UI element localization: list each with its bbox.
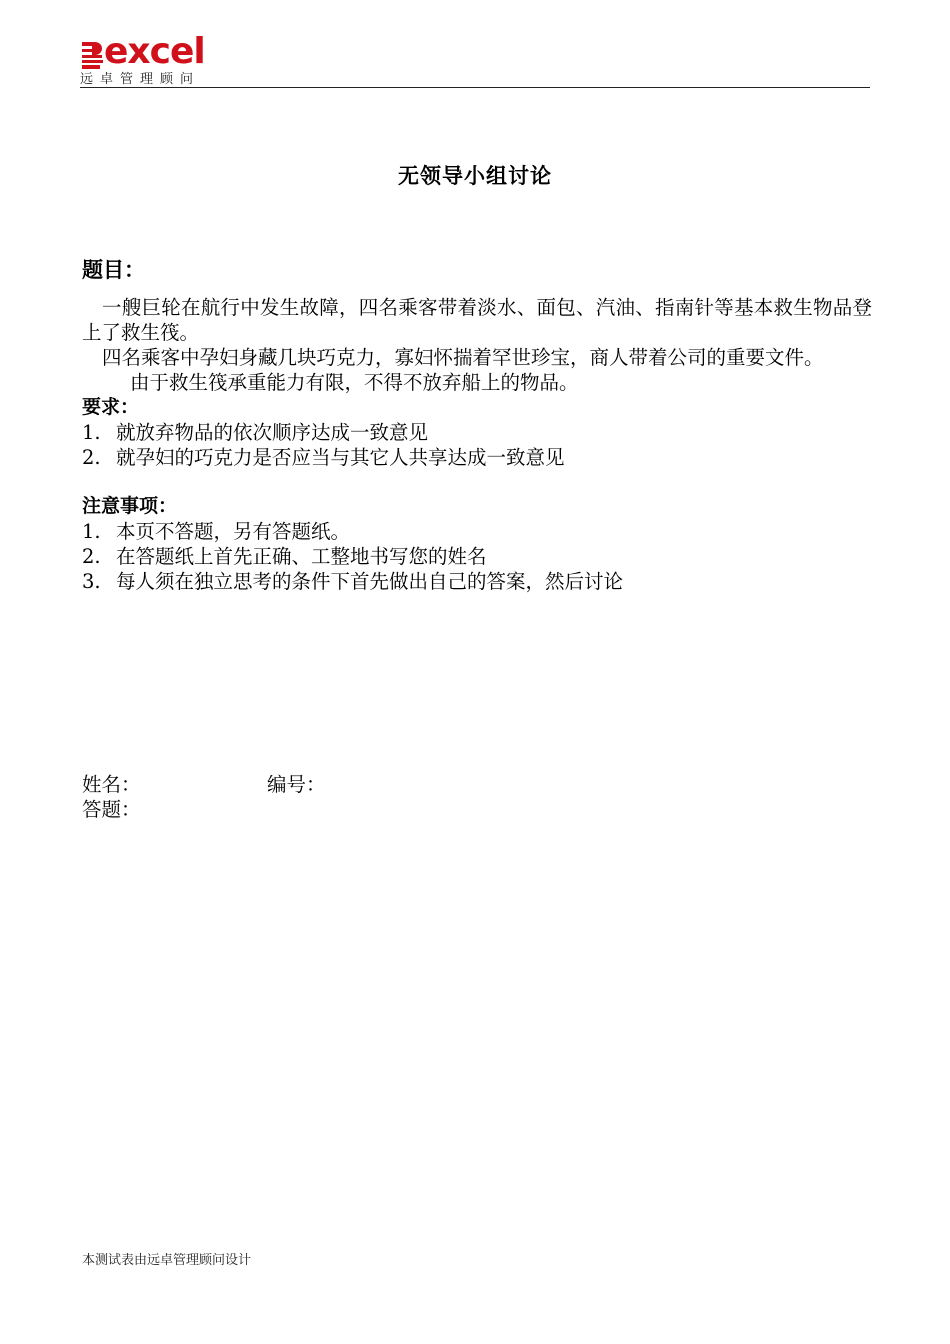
topic-paragraph: 四名乘客中孕妇身藏几块巧克力，寡妇怀揣着罕世珍宝，商人带着公司的重要文件。 [82,345,872,370]
header-divider [80,87,870,88]
list-text: 就孕妇的巧克力是否应当与其它人共享达成一致意见 [116,445,565,470]
logo-b-mark-icon [82,42,104,69]
list-text: 每人须在独立思考的条件下首先做出自己的答案，然后讨论 [116,569,623,594]
page-title: 无领导小组讨论 [0,160,950,190]
answer-label: 答题： [82,797,326,822]
list-text: 在答题纸上首先正确、工整地书写您的姓名 [116,544,487,569]
list-number: 3. [82,569,116,594]
footer-note: 本测试表由远卓管理顾问设计 [82,1249,251,1268]
note-item: 1. 本页不答题，另有答题纸。 [82,519,872,544]
list-text: 就放弃物品的依次顺序达成一致意见 [116,420,428,445]
name-label: 姓名： [82,772,267,797]
bexcel-logo: excel 远卓管理顾问 [80,38,210,90]
logo-subtitle: 远卓管理顾问 [80,72,200,88]
name-number-row: 姓名： 编号： [82,772,326,797]
requirement-item: 2. 就孕妇的巧克力是否应当与其它人共享达成一致意见 [82,445,872,470]
topic-heading: 题目： [82,258,872,283]
form-fields: 姓名： 编号： 答题： [82,772,326,822]
list-number: 2. [82,445,116,470]
note-item: 3. 每人须在独立思考的条件下首先做出自己的答案，然后讨论 [82,569,872,594]
note-item: 2. 在答题纸上首先正确、工整地书写您的姓名 [82,544,872,569]
list-text: 本页不答题，另有答题纸。 [116,519,350,544]
list-number: 1. [82,519,116,544]
requirement-item: 1. 就放弃物品的依次顺序达成一致意见 [82,420,872,445]
page-header: excel 远卓管理顾问 [80,38,870,90]
notes-heading: 注意事项： [82,494,872,519]
logo-wordmark: excel [104,32,205,72]
list-number: 1. [82,420,116,445]
number-label: 编号： [267,772,326,797]
document-body: 题目： 一艘巨轮在航行中发生故障，四名乘客带着淡水、面包、汽油、指南针等基本救生… [82,258,872,594]
topic-paragraph: 一艘巨轮在航行中发生故障，四名乘客带着淡水、面包、汽油、指南针等基本救生物品登上… [82,295,872,345]
spacer [82,470,872,494]
list-number: 2. [82,544,116,569]
topic-paragraph: 由于救生筏承重能力有限，不得不放弃船上的物品。 [82,370,872,395]
requirements-heading: 要求： [82,395,872,420]
